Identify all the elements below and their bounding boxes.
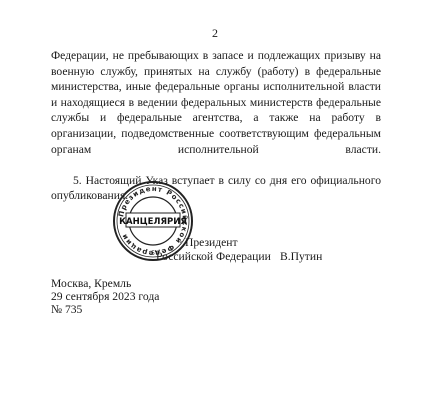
place: Москва, Кремль xyxy=(51,277,131,290)
stamp-number: 5 xyxy=(151,250,155,257)
signature-title-line1: Президент xyxy=(185,236,238,249)
document-body: Федерации, не пребывающих в запасе и под… xyxy=(51,48,381,204)
paragraph-5: 5. Настоящий Указ вступает в силу со дня… xyxy=(51,173,381,204)
decree-number: № 735 xyxy=(51,303,82,316)
stamp-center-text: КАНЦЕЛЯРИЯ xyxy=(119,217,187,227)
date: 29 сентября 2023 года xyxy=(51,290,159,303)
page-number: 2 xyxy=(0,26,430,41)
paragraph-continuation: Федерации, не пребывающих в запасе и под… xyxy=(51,48,381,173)
signature-name: В.Путин xyxy=(280,250,322,263)
signature-title-line2: Российской Федерации xyxy=(156,250,271,263)
